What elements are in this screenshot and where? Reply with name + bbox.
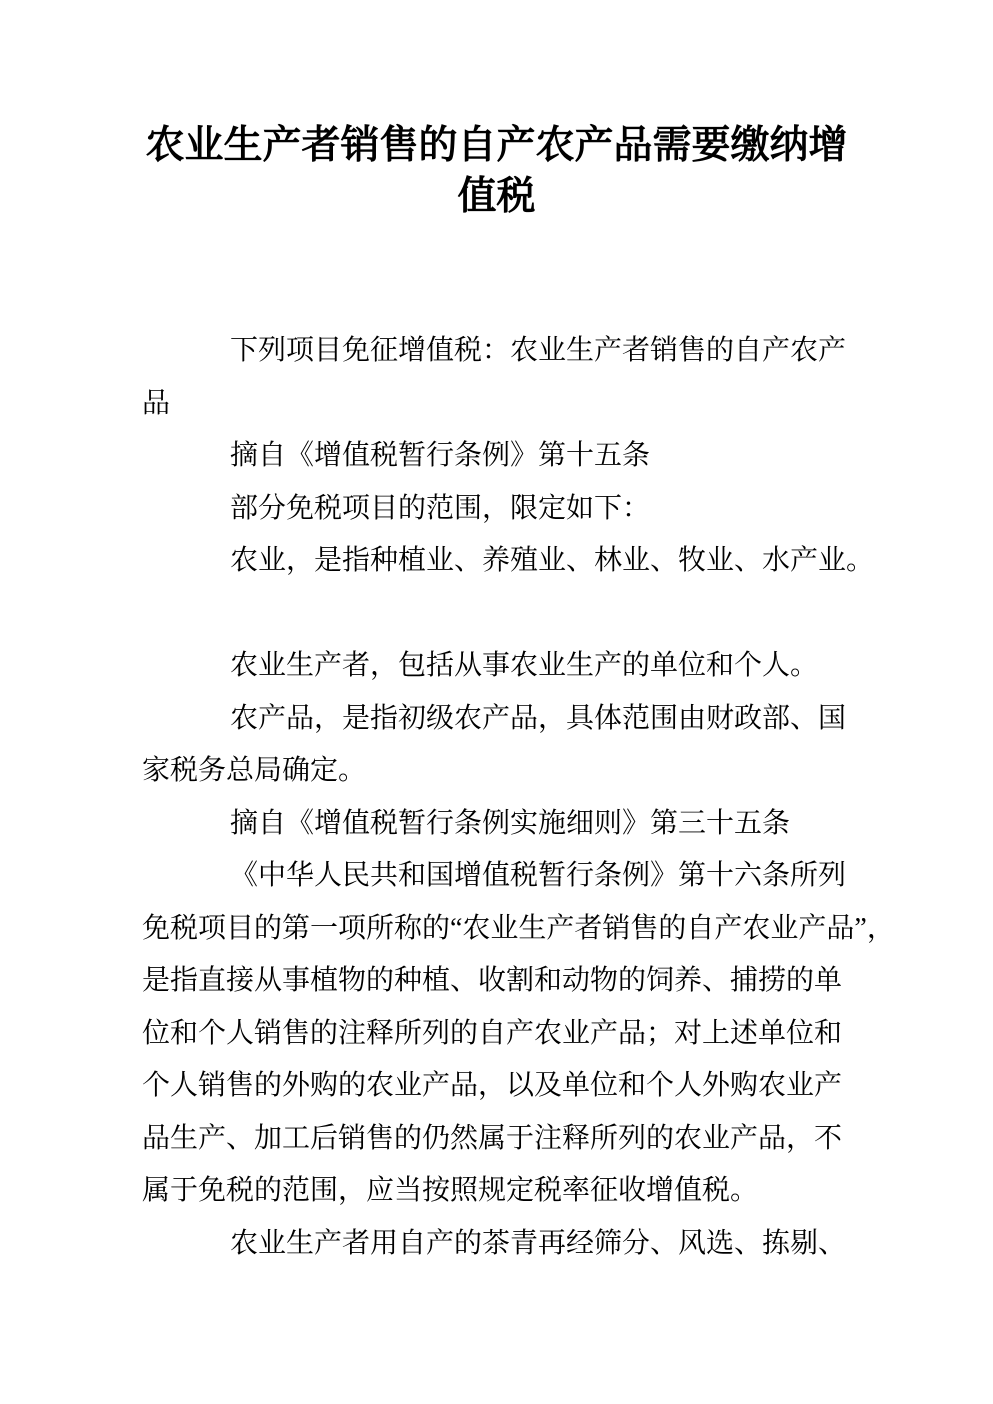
body-line: 是指直接从事植物的种植、收割和动物的饲养、捕捞的单	[142, 955, 953, 1008]
body-line: 《中华人民共和国增值税暂行条例》第十六条所列	[142, 850, 953, 903]
body-line: 部分免税项目的范围，限定如下：	[142, 483, 953, 536]
page-title-line: 值税	[0, 171, 993, 222]
body-line: 下列项目免征增值税：农业生产者销售的自产农产	[142, 325, 953, 378]
body-line: 农业，是指种植业、养殖业、林业、牧业、水产业。	[142, 535, 953, 588]
body-line: 摘自《增值税暂行条例实施细则》第三十五条	[142, 798, 953, 851]
page-title: 农业生产者销售的自产农产品需要缴纳增 值税	[0, 0, 993, 222]
body-line: 位和个人销售的注释所列的自产农业产品；对上述单位和	[142, 1008, 953, 1061]
page-title-line: 农业生产者销售的自产农产品需要缴纳增	[0, 120, 993, 171]
body-line: 农业生产者用自产的茶青再经筛分、风选、拣剔、	[142, 1218, 953, 1271]
document-page: 农业生产者销售的自产农产品需要缴纳增 值税 下列项目免征增值税：农业生产者销售的…	[0, 0, 993, 1404]
body-line: 品	[142, 378, 953, 431]
blank-line	[142, 588, 953, 641]
body-line: 农业生产者，包括从事农业生产的单位和个人。	[142, 640, 953, 693]
body-line: 品生产、加工后销售的仍然属于注释所列的农业产品，不	[142, 1113, 953, 1166]
body-line: 农产品，是指初级农产品，具体范围由财政部、国	[142, 693, 953, 746]
document-body: 下列项目免征增值税：农业生产者销售的自产农产 品 摘自《增值税暂行条例》第十五条…	[0, 325, 993, 1270]
body-line: 摘自《增值税暂行条例》第十五条	[142, 430, 953, 483]
body-line: 属于免税的范围，应当按照规定税率征收增值税。	[142, 1165, 953, 1218]
body-line: 免税项目的第一项所称的“农业生产者销售的自产农业产品”，	[142, 903, 953, 956]
body-line: 家税务总局确定。	[142, 745, 953, 798]
body-line: 个人销售的外购的农业产品，以及单位和个人外购农业产	[142, 1060, 953, 1113]
